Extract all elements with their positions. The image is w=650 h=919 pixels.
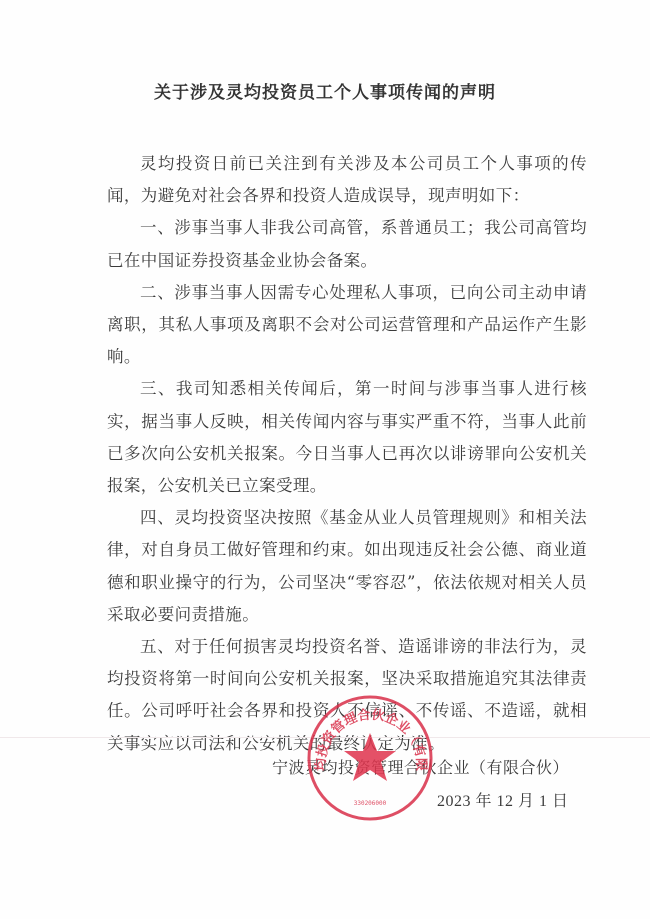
paragraph-intro: 灵均投资日前已关注到有关涉及本公司员工个人事项的传闻，为避免对社会各界和投资人造…: [107, 148, 587, 212]
company-signature: 宁波灵均投资管理合伙企业（有限合伙）: [272, 755, 569, 778]
document-body: 灵均投资日前已关注到有关涉及本公司员工个人事项的传闻，为避免对社会各界和投资人造…: [107, 148, 587, 760]
paragraph-item-3: 三、我司知悉相关传闻后，第一时间与涉事当事人进行核实，据当事人反映，相关传闻内容…: [107, 373, 587, 502]
paragraph-item-4: 四、灵均投资坚决按照《基金从业人员管理规则》和相关法律，对自身员工做好管理和约束…: [107, 502, 587, 631]
paragraph-item-2: 二、涉事当事人因需专心处理私人事项，已向公司主动申请离职，其私人事项及离职不会对…: [107, 277, 587, 374]
paragraph-item-5: 五、对于任何损害灵均投资名誉、造谣诽谤的非法行为，灵均投资将第一时间向公安机关报…: [107, 631, 587, 760]
svg-text:330206000: 330206000: [354, 800, 387, 807]
document-date: 2023 年 12 月 1 日: [437, 788, 569, 811]
scan-line-divider: [0, 737, 650, 738]
document-title: 关于涉及灵均投资员工个人事项传闻的声明: [0, 78, 650, 103]
paragraph-item-1: 一、涉事当事人非我公司高管，系普通员工；我公司高管均已在中国证券投资基金业协会备…: [107, 212, 587, 276]
